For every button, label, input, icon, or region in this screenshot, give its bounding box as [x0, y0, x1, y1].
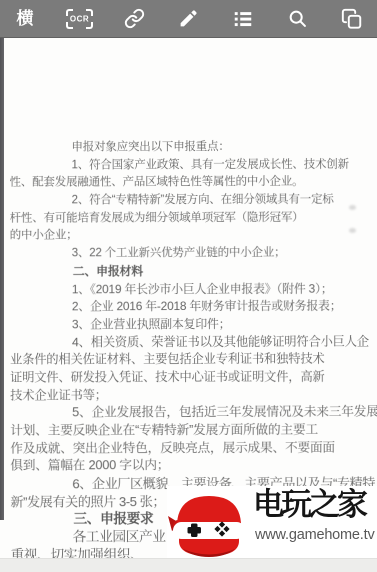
link-button[interactable] [118, 3, 150, 35]
doc-line: 1、《2019 年长沙市小巨人企业申报表》（附件 3）； [0, 280, 377, 299]
doc-line: 杆性、有可能培育发展成为细分领域单项冠军（隐形冠军） [0, 209, 377, 228]
annotate-button[interactable] [173, 3, 205, 35]
doc-line: 作及成就、突出企业特色，反映亮点，展示成果、不要面面 [0, 439, 377, 458]
copy-pages-button[interactable] [336, 3, 368, 35]
doc-line: 3、企业营业执照副本复印件； [0, 315, 377, 334]
watermark-url: www.gamehome.tv [255, 527, 375, 543]
page-bottom-gap [0, 558, 377, 572]
toolbar: 横 OCR [0, 0, 377, 38]
watermark-title: 电玩之家 [253, 488, 377, 522]
doc-line: 3、22 个工业新兴优势产业链的中小企业； [0, 245, 377, 264]
watermark: 电玩之家 www.gamehome.tv [167, 486, 377, 558]
pencil-icon [178, 8, 199, 29]
pdf-viewer-screen: 横 OCR [0, 0, 377, 572]
scan-smudge [349, 205, 356, 210]
ocr-button[interactable]: OCR [64, 3, 96, 35]
document-page[interactable]: 申报对象应突出以下申报重点：1、符合国家产业政策、具有一定发展成长性、技术创新性… [0, 38, 377, 572]
doc-line: 证明文件、研发投入凭证、技术中心证书或证明文件，高新 [0, 368, 377, 387]
doc-line: 二、申报材料 [0, 262, 377, 281]
search-icon [287, 8, 308, 29]
rotate-horizontal-label: 横 [17, 10, 34, 27]
doc-line: 5、企业发展报告，包括近三年发展情况及未来三年发展 [0, 404, 377, 423]
doc-line: 4、相关资质、荣誉证书以及其他能够证明符合小巨人企 [0, 333, 377, 352]
game-mascot-icon [167, 494, 251, 558]
ocr-label: OCR [66, 14, 93, 23]
rotate-horizontal-button[interactable]: 横 [9, 3, 41, 35]
list-icon [232, 8, 254, 30]
doc-line: 1、符合国家产业政策、具有一定发展成长性、技术创新 [0, 156, 377, 175]
doc-line: 申报对象应突出以下申报重点： [0, 139, 376, 158]
copy-pages-icon [341, 8, 363, 30]
search-button[interactable] [282, 3, 314, 35]
doc-line: 2、企业 2016 年-2018 年财务审计报告或财务报表； [0, 298, 377, 317]
doc-line: 的中小企业； [0, 227, 377, 246]
ocr-scan-icon: OCR [66, 9, 93, 29]
doc-line: 性、配套发展融通性、产品区域特色性等属性的中小企业。 [0, 174, 377, 193]
doc-line: 业条件的相关佐证材料、主要包括企业专利证书和独特技术 [0, 351, 377, 370]
link-icon [124, 8, 145, 29]
doc-line: 技术企业证书等； [0, 386, 377, 405]
outline-button[interactable] [227, 3, 259, 35]
scan-smudge [349, 228, 356, 233]
doc-line: 2、符合“专精特新”发展方向、在细分领域具有一定标 [0, 192, 377, 211]
doc-line: 计划、主要反映企业在“专精特新”发展方面所做的主要工 [0, 422, 377, 441]
doc-line: 俱到、篇幅在 2000 字以内； [0, 457, 377, 476]
